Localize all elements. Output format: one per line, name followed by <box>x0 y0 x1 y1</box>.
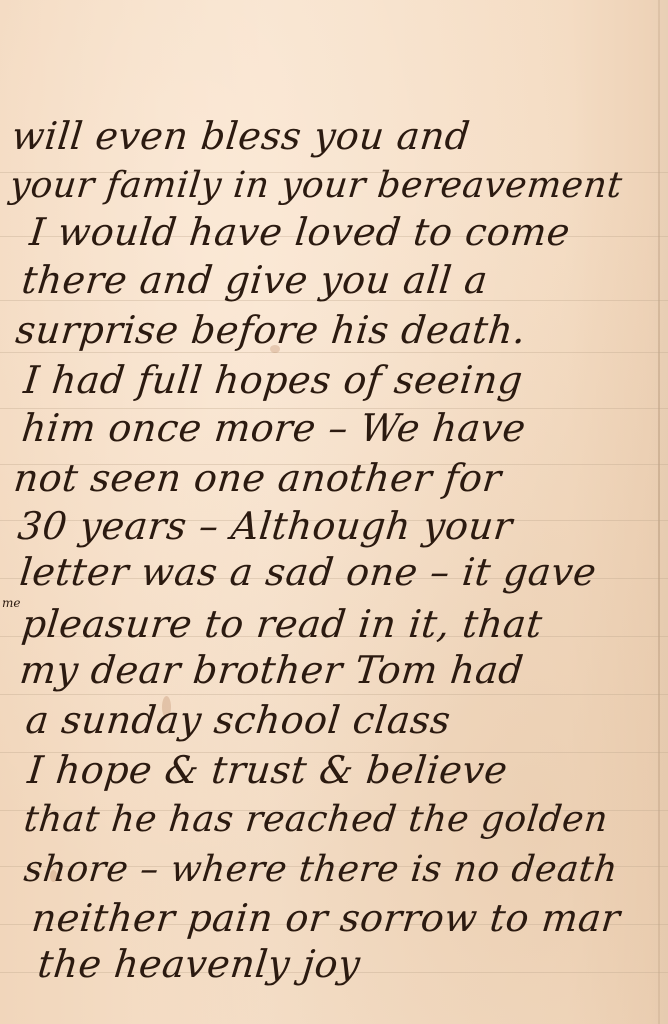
letter-page: me will even bless you and your family i… <box>0 0 668 1024</box>
text-line: pleasure to read in it, that <box>19 600 668 648</box>
text-line: not seen one another for <box>11 454 668 502</box>
ruled-line <box>0 694 668 695</box>
text-line: will even bless you and <box>9 112 668 160</box>
text-line: shore – where there is no death <box>21 846 668 894</box>
text-line: I hope & trust & believe <box>25 746 668 794</box>
text-line: that he has reached the golden <box>21 796 668 844</box>
margin-note: me <box>2 596 20 610</box>
text-line: I would have loved to come <box>27 208 668 256</box>
text-line: the heavenly joy <box>35 940 668 988</box>
text-line: my dear brother Tom had <box>17 646 668 694</box>
text-line: I had full hopes of seeing <box>21 356 668 404</box>
text-line: surprise before his death. <box>13 306 668 354</box>
text-line: a sunday school class <box>23 696 668 744</box>
text-line: letter was a sad one – it gave <box>17 548 668 596</box>
text-line: your family in your bereavement <box>7 162 668 210</box>
text-line: him once more – We have <box>19 404 668 452</box>
text-line: there and give you all a <box>19 256 668 304</box>
text-line: neither pain or sorrow to mar <box>29 894 668 942</box>
text-line: 30 years – Although your <box>15 502 668 550</box>
